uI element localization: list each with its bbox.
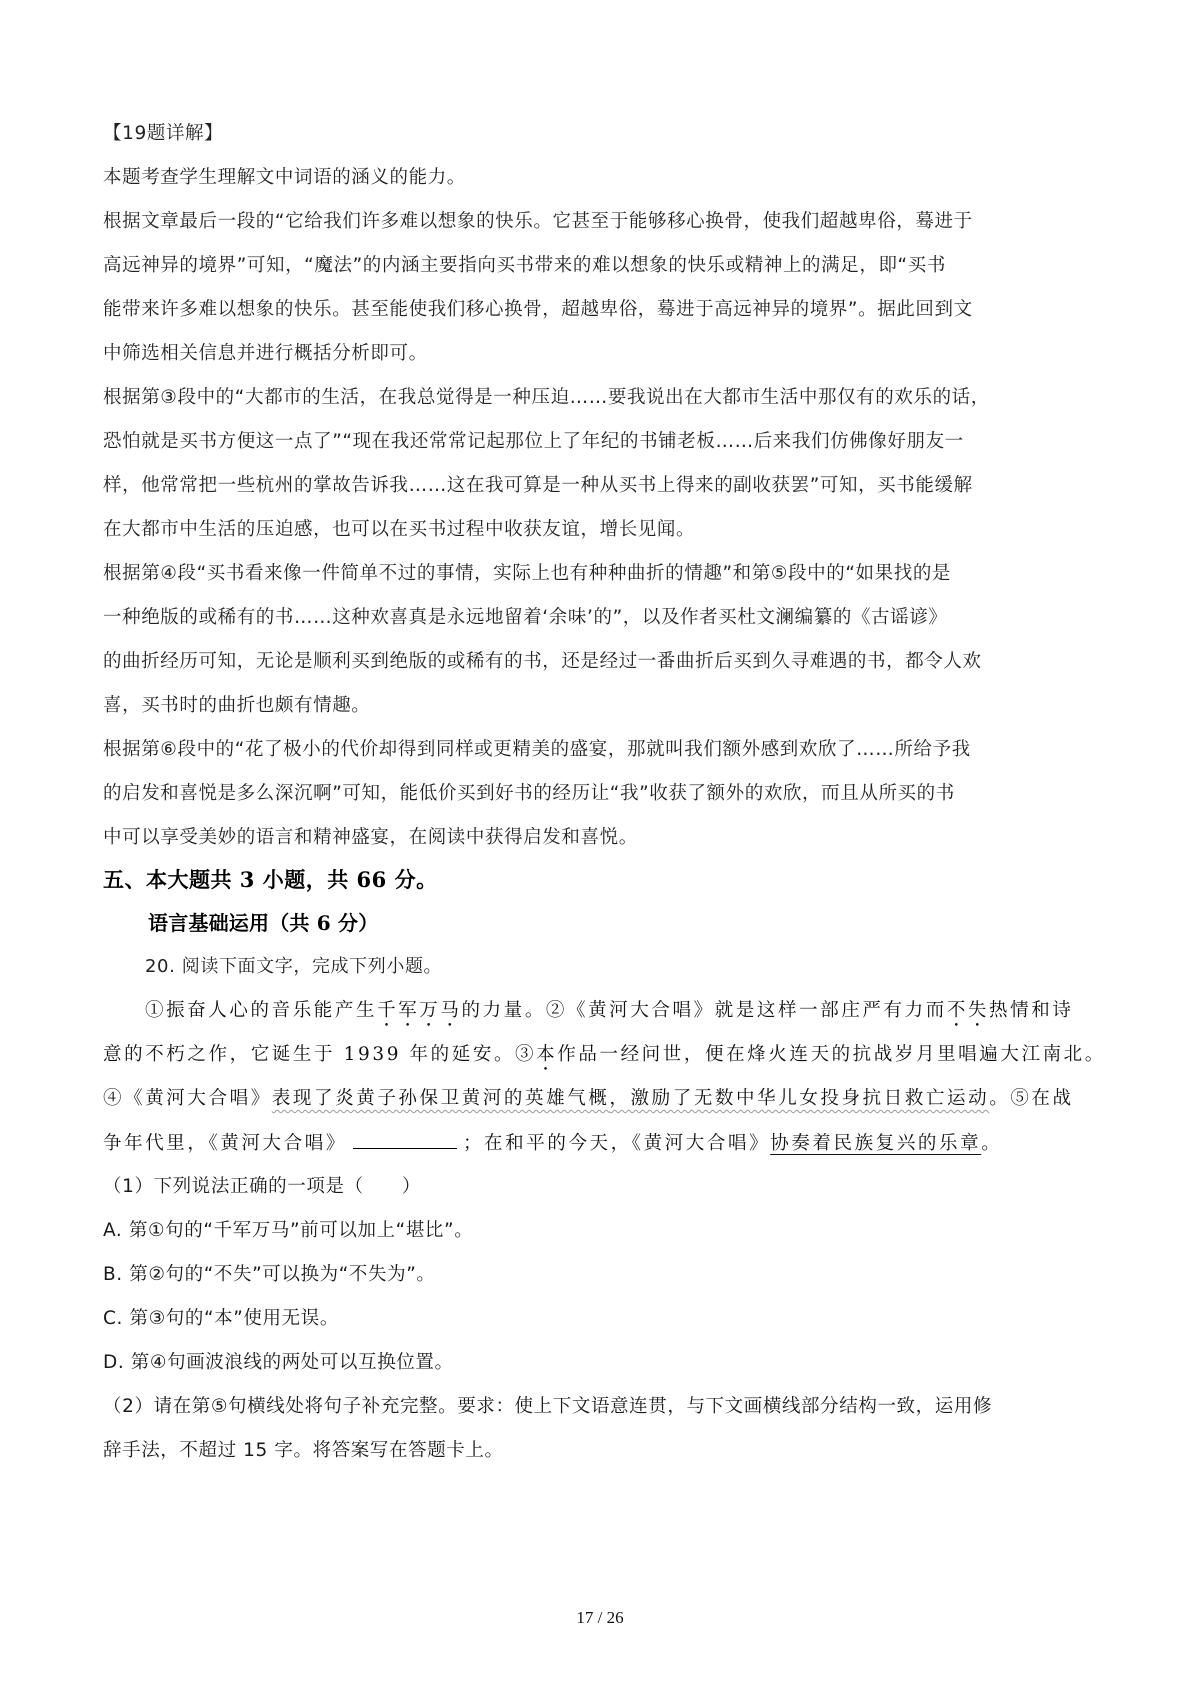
wavy-underlined-text: 表现了炎黄子孙保卫黄河的英雄气概 (272, 1088, 610, 1109)
explanation-line: 根据文章最后一段的“它给我们许多难以想象的快乐。它甚至于能够移心换骨，使我们超越… (103, 209, 1103, 235)
passage-text: 争年代里，《黄河大合唱》 (103, 1133, 347, 1154)
section-subheading: 语言基础运用（共 6 分） (148, 910, 1148, 936)
fill-in-blank (353, 1130, 457, 1149)
explanation-line: 在大都市中生活的压迫感，也可以在买书过程中收获友谊，增长见闻。 (103, 517, 1103, 543)
dotted-emphasis-text: 本 (536, 1044, 557, 1065)
explanation-line: 样，他常常把一些杭州的掌故告诉我……这在我可算是一种从买书上得来的副收获罢”可知… (103, 473, 1103, 499)
explanation-line: 能带来许多难以想象的快乐。甚至能使我们移心换骨，超越卑俗，蓦进于高远神异的境界”… (103, 297, 1103, 323)
passage-text: 意的不朽之作，它诞生于 1939 年的延安。③ (103, 1044, 536, 1065)
option-a: A. 第①句的“千军万马”前可以加上“堪比”。 (103, 1218, 1103, 1244)
explanation-line: 的曲折经历可知，无论是顺利买到绝版的或稀有的书，还是经过一番曲折后买到久寻难遇的… (103, 649, 1103, 675)
passage-text: ④《黄河大合唱》 (103, 1088, 272, 1109)
section-heading: 五、本大题共 3 小题，共 66 分。 (103, 867, 1103, 893)
passage-text: ；在和平的今天，《黄河大合唱》 (463, 1133, 770, 1154)
explanation-line: 本题考查学生理解文中词语的涵义的能力。 (103, 165, 1103, 191)
underlined-text: 协奏着民族复兴的乐章 (770, 1133, 981, 1154)
page-number: 17 / 26 (0, 1608, 1200, 1628)
subquestion-1-prompt: （1）下列说法正确的一项是（ ） (103, 1174, 1103, 1200)
passage-text: ①振奋人心的音乐能产生 (145, 1000, 377, 1021)
option-b: B. 第②句的“不失”可以换为“不失为”。 (103, 1262, 1103, 1288)
passage-text: 作品一经问世，便在烽火连天的抗战岁月里唱遍大江南北。 (557, 1044, 1106, 1065)
explanation-line: 根据第④段“买书看来像一件简单不过的事情，实际上也有种种曲折的情趣”和第⑤段中的… (103, 561, 1103, 587)
passage-line-3: ④《黄河大合唱》表现了炎黄子孙保卫黄河的英雄气概，激励了无数中华儿女投身抗日救亡… (103, 1086, 1103, 1112)
explanation-line: 中筛选相关信息并进行概括分析即可。 (103, 341, 1103, 367)
subquestion-2-line: 辞手法，不超过 15 字。将答案写在答题卡上。 (103, 1438, 1103, 1464)
wavy-underlined-text: 激励了无数中华儿女投身抗日救亡运动 (631, 1088, 990, 1109)
passage-text: 热情和诗 (989, 1000, 1073, 1021)
passage-line-4: 争年代里，《黄河大合唱》；在和平的今天，《黄河大合唱》协奏着民族复兴的乐章。 (103, 1130, 1103, 1157)
explanation-line: 喜，买书时的曲折也颇有情趣。 (103, 693, 1103, 719)
passage-text: 。⑤在战 (989, 1088, 1073, 1109)
passage-line-2: 意的不朽之作，它诞生于 1939 年的延安。③本作品一经问世，便在烽火连天的抗战… (103, 1042, 1103, 1075)
explanation-line: 的启发和喜悦是多么深沉啊”可知，能低价买到好书的经历让“我”收获了额外的欢欣，而… (103, 781, 1103, 807)
explanation-line: 一种绝版的或稀有的书……这种欢喜真是永远地留着‘余味’的”，以及作者买杜文澜编纂… (103, 605, 1103, 631)
passage-line-1: ①振奋人心的音乐能产生千军万马的力量。②《黄河大合唱》就是这样一部庄严有力而不失… (145, 998, 1145, 1031)
explanation-line: 中可以享受美妙的语言和精神盛宴，在阅读中获得启发和喜悦。 (103, 825, 1103, 851)
passage-text: 。 (981, 1133, 1002, 1154)
passage-text: ， (609, 1088, 630, 1109)
passage-text: 的力量。②《黄河大合唱》就是这样一部庄严有力而 (462, 1000, 947, 1021)
document-page: 【19题详解】 本题考查学生理解文中词语的涵义的能力。 根据文章最后一段的“它给… (0, 0, 1200, 1697)
option-d: D. 第④句画波浪线的两处可以互换位置。 (103, 1350, 1103, 1376)
dotted-emphasis-text: 千军万马 (377, 1000, 461, 1021)
question-prompt: 20. 阅读下面文字，完成下列小题。 (145, 954, 1145, 980)
dotted-emphasis-text: 不失 (947, 1000, 989, 1021)
explanation-line: 高远神异的境界”可知，“魔法”的内涵主要指向买书带来的难以想象的快乐或精神上的满… (103, 253, 1103, 279)
explanation-title: 【19题详解】 (103, 121, 1103, 147)
explanation-line: 根据第⑥段中的“花了极小的代价却得到同样或更精美的盛宴，那就叫我们额外感到欢欣了… (103, 737, 1103, 763)
option-c: C. 第③句的“本”使用无误。 (103, 1306, 1103, 1332)
subquestion-2-line: （2）请在第⑤句横线处将句子补充完整。要求：使上下文语意连贯，与下文画横线部分结… (103, 1394, 1103, 1420)
explanation-line: 根据第③段中的“大都市的生活，在我总觉得是一种压迫……要我说出在大都市生活中那仅… (103, 385, 1103, 411)
explanation-line: 恐怕就是买书方便这一点了”“现在我还常常记起那位上了年纪的书铺老板……后来我们仿… (103, 429, 1103, 455)
